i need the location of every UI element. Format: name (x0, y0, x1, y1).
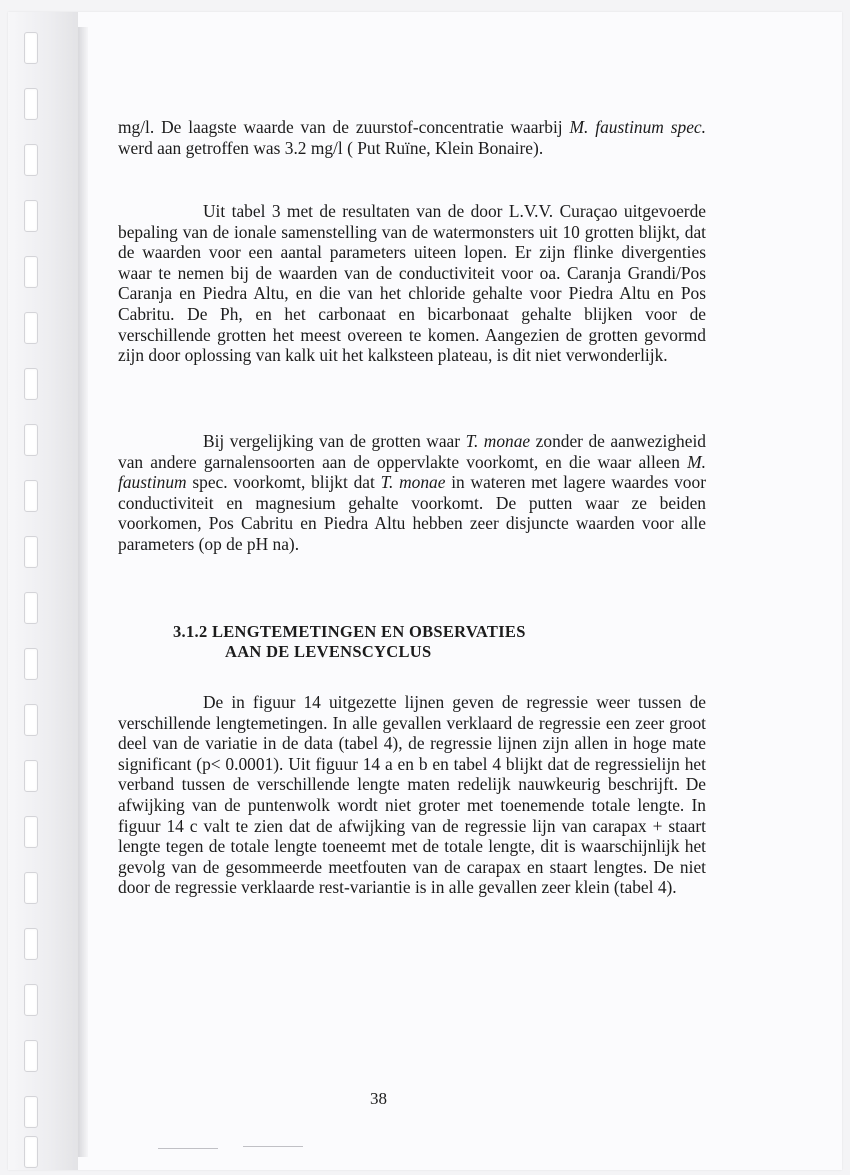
binding-hole (24, 200, 38, 232)
binding-hole (24, 1096, 38, 1128)
binding-hole (24, 88, 38, 120)
paragraph-text: De in figuur 14 uitgezette lijnen geven … (118, 692, 706, 898)
binding-hole (24, 312, 38, 344)
paragraph-comparison: Bij vergelijking van de grotten waar T. … (118, 431, 706, 555)
text-run: De in figuur 14 uitgezette lijnen geven … (118, 692, 706, 897)
binding-hole (24, 480, 38, 512)
species-name: T. monae (466, 431, 531, 451)
binding-hole (24, 928, 38, 960)
text-run: werd aan getroffen was 3.2 mg/l ( Put Ru… (118, 138, 543, 158)
heading-line2: AAN DE LEVENSCYCLUS (173, 642, 526, 662)
binding-hole (24, 1136, 38, 1168)
binding-strip (8, 12, 78, 1170)
species-name: M. faustinum spec. (570, 117, 706, 137)
binding-hole (24, 816, 38, 848)
paragraph-text: Uit tabel 3 met de resultaten van de doo… (118, 201, 706, 366)
paragraph-regression: De in figuur 14 uitgezette lijnen geven … (118, 692, 706, 898)
paragraph-text: mg/l. De laagste waarde van de zuurstof-… (118, 117, 706, 158)
binding-hole (24, 32, 38, 64)
heading-number: 3.1.2 (173, 622, 208, 641)
binding-hole (24, 424, 38, 456)
binding-hole (24, 704, 38, 736)
paragraph-text: Bij vergelijking van de grotten waar T. … (118, 431, 706, 555)
heading-line1: LENGTEMETINGEN EN OBSERVATIES (212, 622, 526, 641)
binding-hole (24, 592, 38, 624)
document-page: mg/l. De laagste waarde van de zuurstof-… (8, 12, 842, 1170)
binding-hole (24, 984, 38, 1016)
binding-hole (24, 256, 38, 288)
section-heading: 3.1.2 LENGTEMETINGEN EN OBSERVATIES AAN … (173, 622, 526, 662)
text-run: mg/l. De laagste waarde van de zuurstof-… (118, 117, 570, 137)
scan-artifact (243, 1146, 303, 1147)
text-run: Uit tabel 3 met de resultaten van de doo… (118, 201, 706, 365)
species-name: T. monae (381, 472, 446, 492)
paragraph-ionic-composition: Uit tabel 3 met de resultaten van de doo… (118, 201, 706, 366)
binding-hole (24, 144, 38, 176)
scan-artifact (158, 1148, 218, 1149)
binding-hole (24, 648, 38, 680)
paragraph-oxygen: mg/l. De laagste waarde van de zuurstof-… (118, 117, 706, 158)
text-run: Bij vergelijking van de grotten waar (203, 431, 466, 451)
binding-hole (24, 872, 38, 904)
binding-shadow (78, 27, 88, 1157)
binding-hole (24, 1040, 38, 1072)
binding-hole (24, 368, 38, 400)
binding-hole (24, 536, 38, 568)
text-run: spec. voorkomt, blijkt dat (187, 472, 381, 492)
binding-hole (24, 760, 38, 792)
page-number: 38 (370, 1089, 387, 1109)
